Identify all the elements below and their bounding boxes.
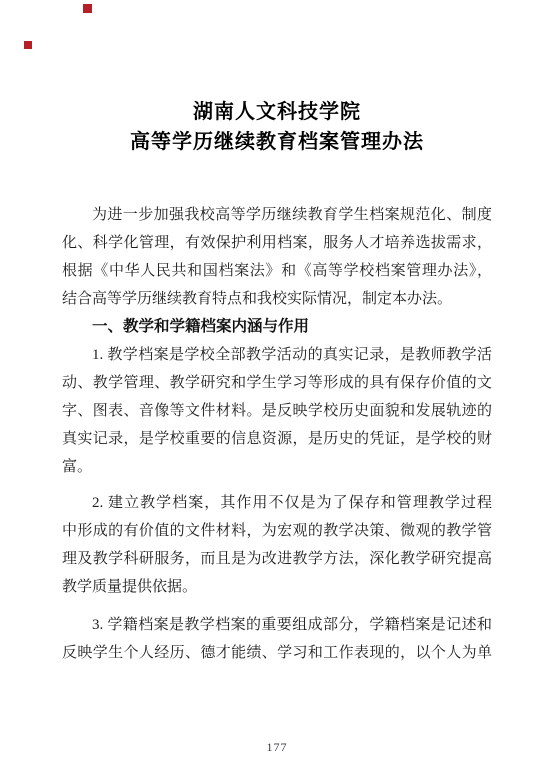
paragraph-intro: 为进一步加强我校高等学历继续教育学生档案规范化、制度 化、科学化管理，有效保护利… (62, 201, 492, 313)
red-mark-top-icon (83, 4, 92, 13)
text-line: 2. 建立教学档案，其作用不仅是为了保存和管理教学过程 (62, 489, 492, 517)
red-mark-left-icon (24, 41, 32, 49)
text-line: 字、图表、音像等文件材料。是反映学校历史面貌和发展轨迹的 (62, 397, 492, 425)
text-line: 富。 (62, 453, 492, 481)
text-line: 反映学生个人经历、德才能绩、学习和工作表现的，以个人为单 (62, 639, 492, 667)
text-line: 为进一步加强我校高等学历继续教育学生档案规范化、制度 (62, 201, 492, 229)
text-line: 中形成的有价值的文件材料，为宏观的教学决策、微观的教学管 (62, 517, 492, 545)
document-title: 湖南人文科技学院 高等学历继续教育档案管理办法 (0, 97, 554, 157)
text-line: 真实记录，是学校重要的信息资源，是历史的凭证，是学校的财 (62, 425, 492, 453)
title-line-2: 高等学历继续教育档案管理办法 (0, 127, 554, 157)
title-line-1: 湖南人文科技学院 (0, 97, 554, 127)
text-line: 结合高等学历继续教育特点和我校实际情况，制定本办法。 (62, 285, 492, 313)
paragraph-3: 3. 学籍档案是教学档案的重要组成部分，学籍档案是记述和 反映学生个人经历、德才… (62, 611, 492, 667)
text-line: 根据《中华人民共和国档案法》和《高等学校档案管理办法》， (62, 257, 492, 285)
text-line: 理及教学科研服务，而且是为改进教学方法，深化教学研究提高 (62, 545, 492, 573)
page-number: 177 (0, 740, 554, 755)
text-line: 动、教学管理、教学研究和学生学习等形成的具有保存价值的文 (62, 369, 492, 397)
document-body: 为进一步加强我校高等学历继续教育学生档案规范化、制度 化、科学化管理，有效保护利… (62, 201, 492, 667)
text-line: 化、科学化管理，有效保护利用档案，服务人才培养选拔需求， (62, 229, 492, 257)
paragraph-1: 1. 教学档案是学校全部教学活动的真实记录，是教师教学活 动、教学管理、教学研究… (62, 341, 492, 481)
text-line: 1. 教学档案是学校全部教学活动的真实记录，是教师教学活 (62, 341, 492, 369)
paragraph-2: 2. 建立教学档案，其作用不仅是为了保存和管理教学过程 中形成的有价值的文件材料… (62, 489, 492, 601)
section-heading: 一、教学和学籍档案内涵与作用 (62, 313, 492, 341)
document-page: 湖南人文科技学院 高等学历继续教育档案管理办法 为进一步加强我校高等学历继续教育… (0, 0, 554, 783)
text-line: 教学质量提供依据。 (62, 573, 492, 601)
text-line: 3. 学籍档案是教学档案的重要组成部分，学籍档案是记述和 (62, 611, 492, 639)
